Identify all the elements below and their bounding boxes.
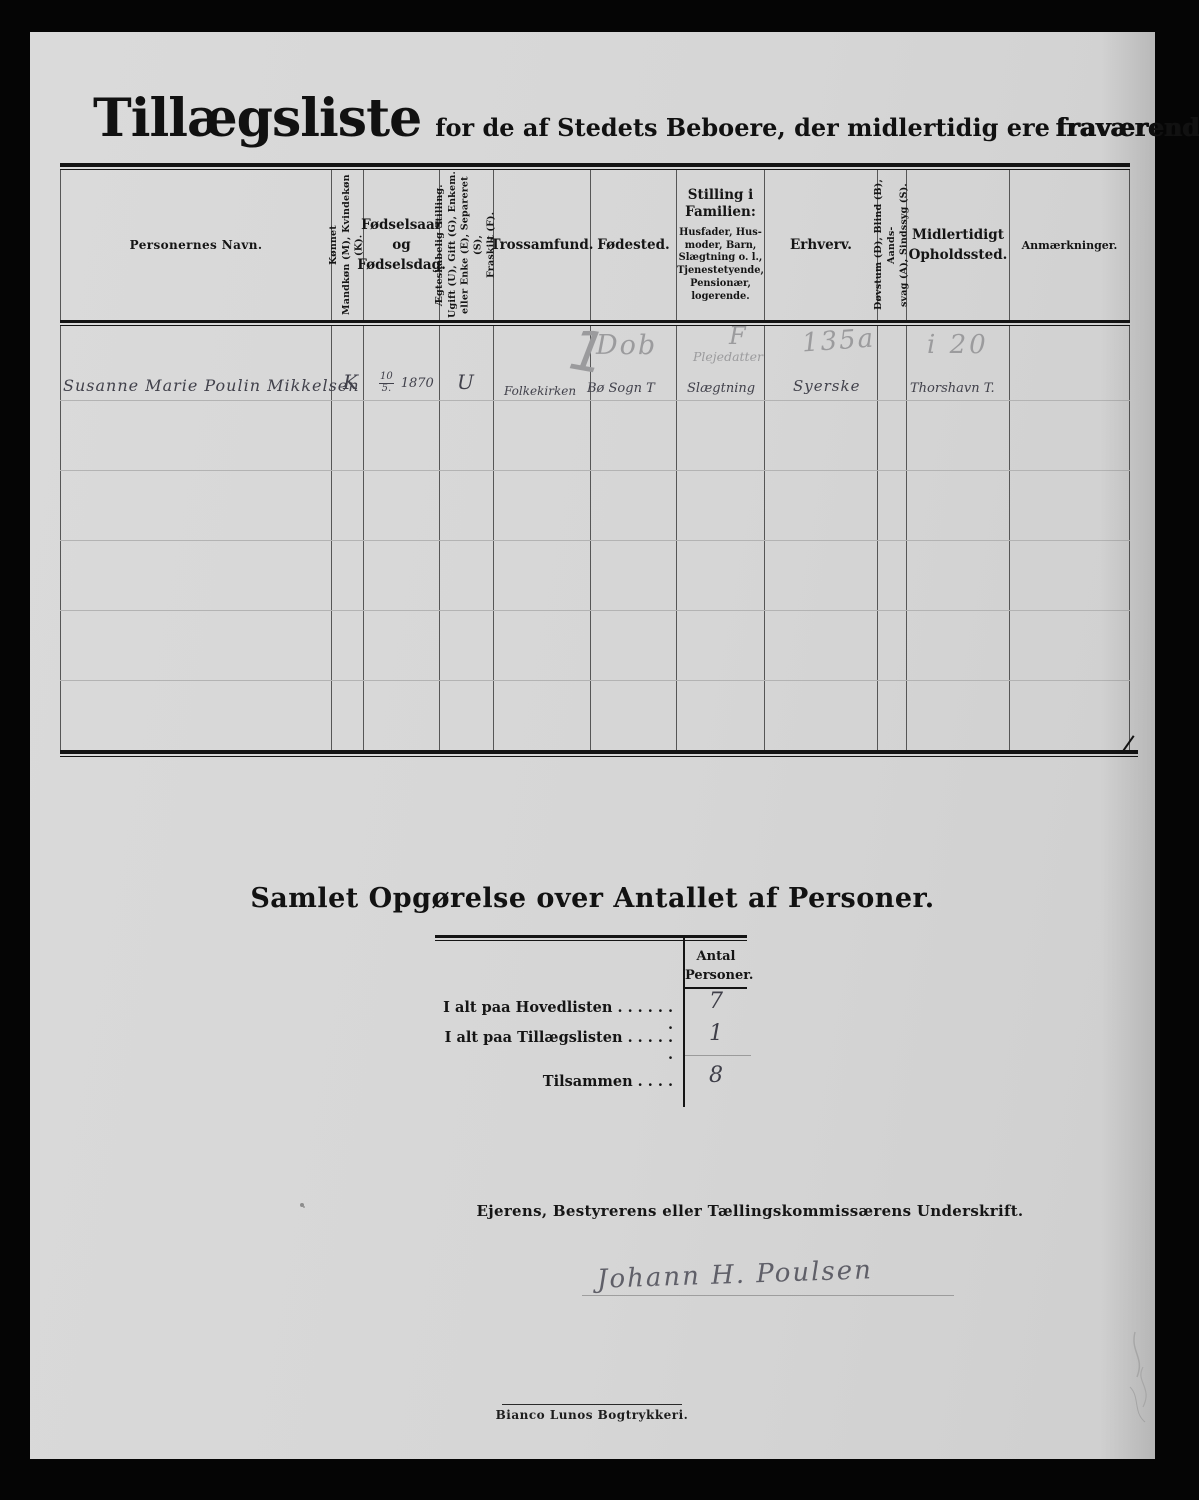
summary-total-label: Tilsammen . . . . [435,1073,673,1090]
col-header-dovstum: Døvstum (D), Blind (B), Aands- svag (A),… [878,170,907,320]
summary-row-label: I alt paa Tillægslisten . . . . . . [435,1029,673,1063]
paper-speck [300,1203,304,1207]
table-cell [440,681,494,750]
table-top-rule [60,163,1130,170]
table-cell [878,326,907,400]
table-row [60,471,1130,541]
table-cell [907,401,1010,470]
table-cell [677,541,765,610]
table-cell [907,611,1010,680]
title-rest: for de af Stedets Beboere, der midlertid… [435,113,1050,142]
entry-birth-year: 1870 [401,376,434,391]
entry-name: Susanne Marie Poulin Mikkelsen [63,376,360,395]
table-cell [60,681,332,750]
summary-table: Antal Personer. I alt paa Hovedlisten . … [435,935,747,1107]
table-row [60,541,1130,611]
table-cell [878,681,907,750]
table-cell [60,611,332,680]
table-cell [332,541,364,610]
summary-row-label: I alt paa Hovedlisten . . . . . . . [435,999,673,1033]
table-cell [1010,471,1130,540]
table-cell [765,681,878,750]
table-cell [907,471,1010,540]
summary-row-value: 1 [685,1021,747,1046]
table-cell [878,401,907,470]
table-cell [765,611,878,680]
table-bottom-rule [60,750,1138,757]
table-cell [878,611,907,680]
table-cell [364,401,440,470]
table-cell [677,681,765,750]
table-cell [494,681,591,750]
table-cell [494,471,591,540]
pencil-family-note: Plejedatter [693,349,763,364]
table-cell [591,541,677,610]
entry-birth-day-month: 10 5. [379,372,394,394]
table-cell [1010,611,1130,680]
table-cell [677,611,765,680]
table-row [60,611,1130,681]
summary-row-value: 7 [685,989,747,1014]
pencil-family-mark: F [729,322,746,350]
table-cell [60,471,332,540]
summary-total-value: 8 [685,1063,747,1088]
table-cell [494,611,591,680]
col-header-personernes-navn: Personernes Navn. [60,170,332,320]
entry-religion: Folkekirken [504,384,576,398]
title-main: Tillægsliste [93,88,421,149]
table-cell [907,541,1010,610]
table-cell [1010,401,1130,470]
table-cell [591,681,677,750]
entry-marital-status: U [457,370,474,394]
table-cell [332,681,364,750]
table-cell [440,401,494,470]
table-cell [677,471,765,540]
table-cell [364,541,440,610]
table-row [60,401,1130,471]
table-cell [494,401,591,470]
col-header-erhverv: Erhverv. [765,170,878,320]
table-cell [440,471,494,540]
scanned-census-page: Tillægslistefor de af Stedets Beboere, d… [30,32,1155,1459]
table-cell [440,541,494,610]
table-cell [591,401,677,470]
table-cell [765,401,878,470]
summary-title: Samlet Opgørelse over Antallet af Person… [30,883,1155,914]
table-cell [364,681,440,750]
col-header-trossamfund: Trossamfund. [494,170,591,320]
table-cell [591,471,677,540]
footer-rule [502,1404,682,1405]
pencil-occupation-code: 135a [801,323,876,358]
summary-col-header: Antal Personer. [685,948,747,986]
signature-handwritten: Johann H. Poulsen [597,1255,874,1295]
table-cell [494,541,591,610]
col-header-anmaerkninger: Anmærkninger. [1010,170,1130,320]
table-cell [765,541,878,610]
table-cell [907,681,1010,750]
table-cell [765,471,878,540]
printer-imprint: Bianco Lunos Bogtrykkeri. [462,1408,722,1422]
table-cell [60,541,332,610]
entry-occupation: Syerske [793,377,860,395]
table-header-row: Personernes Navn. Kønnet Mandkøn (M), Kv… [60,170,1130,320]
entry-family-position: Slægtning [687,381,755,396]
entry-birthdate: 10 5. 1870 [379,372,434,394]
col-header-fodested: Fødested. [591,170,677,320]
col-header-aegteskabelig-stilling: Ægteskabelig Stilling. Ugift (U), Gift (… [440,170,494,320]
entry-sex: K [343,370,358,394]
summary-top-rule [435,935,747,941]
table-cell [878,541,907,610]
table-cell [332,611,364,680]
table-cell [1010,681,1130,750]
pencil-birthplace-note: Dob [596,330,657,361]
table-cell [1010,541,1130,610]
table-cell [677,401,765,470]
entry-temporary-residence: Thorshavn T. [910,381,995,396]
signature-line [582,1295,954,1296]
table-cell [364,471,440,540]
pencil-residence-note: i 20 [927,330,989,360]
table-cell [364,611,440,680]
page-title: Tillægslistefor de af Stedets Beboere, d… [93,88,1199,149]
signature-label: Ejerens, Bestyrerens eller Tællingskommi… [450,1202,1050,1220]
summary-subtotal-rule [685,1055,751,1056]
table-cell [60,401,332,470]
table-row [60,681,1130,750]
stray-pencil-marks [1105,1327,1160,1427]
col-header-midlertidigt-opholdssted: Midlertidigt Opholdssted. [907,170,1010,320]
col-header-stilling-i-familien: Stilling i Familien: Husfader, Hus- mode… [677,170,765,320]
table-cell [332,401,364,470]
table-cell [440,611,494,680]
table-cell [332,471,364,540]
table-cell [1010,326,1130,400]
title-emphasis: fraværende. [1056,113,1199,142]
census-table: Personernes Navn. Kønnet Mandkøn (M), Kv… [60,163,1130,757]
col-header-konnet: Kønnet Mandkøn (M), Kvindekøn (K). [332,170,364,320]
table-cell [591,611,677,680]
col-header-fodselsaar: Fødselsaar og Fødselsdag. [364,170,440,320]
table-cell [878,471,907,540]
